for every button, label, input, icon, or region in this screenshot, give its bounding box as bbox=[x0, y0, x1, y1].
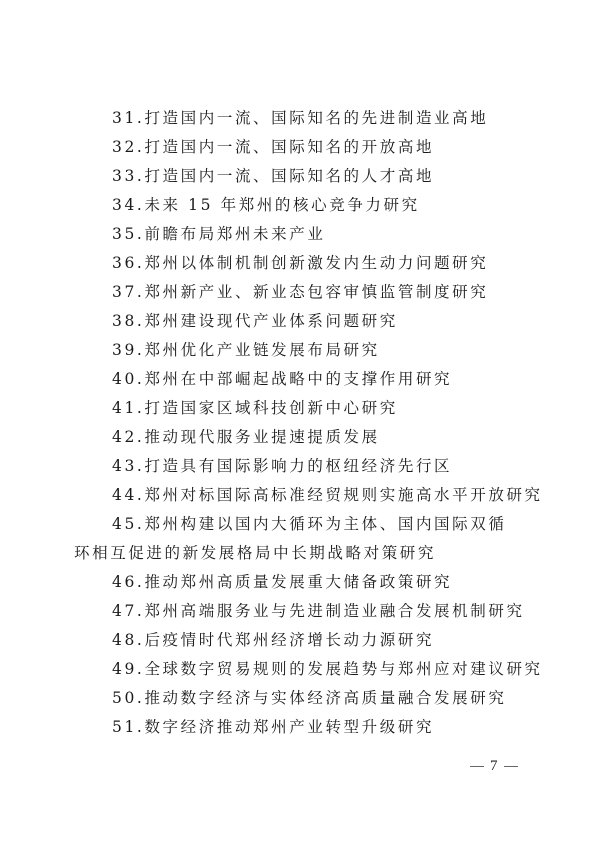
list-item: 47.郑州高端服务业与先进制造业融合发展机制研究 bbox=[74, 597, 524, 626]
list-item: 43.打造具有国际影响力的枢纽经济先行区 bbox=[74, 452, 524, 481]
list-item: 41.打造国家区域科技创新中心研究 bbox=[74, 394, 524, 423]
list-item: 45.郑州构建以国内大循环为主体、国内国际双循环相互促进的新发展格局中长期战略对… bbox=[74, 510, 522, 568]
list-item: 34.未来 15 年郑州的核心竞争力研究 bbox=[74, 191, 524, 220]
list-item: 42.推动现代服务业提速提质发展 bbox=[74, 423, 524, 452]
list-item: 37.郑州新产业、新业态包容审慎监管制度研究 bbox=[74, 278, 524, 307]
list-item: 36.郑州以体制机制创新激发内生动力问题研究 bbox=[74, 249, 524, 278]
page-number: 7 bbox=[490, 758, 498, 775]
list-item: 48.后疫情时代郑州经济增长动力源研究 bbox=[74, 626, 524, 655]
list-item: 51.数字经济推动郑州产业转型升级研究 bbox=[74, 713, 524, 742]
list-item: 38.郑州建设现代产业体系问题研究 bbox=[74, 307, 524, 336]
dash-left bbox=[470, 766, 484, 768]
list-item: 31.打造国内一流、国际知名的先进制造业高地 bbox=[74, 104, 524, 133]
list-item: 33.打造国内一流、国际知名的人才高地 bbox=[74, 162, 524, 191]
list-item: 39.郑州优化产业链发展布局研究 bbox=[74, 336, 524, 365]
list-item: 44.郑州对标国际高标准经贸规则实施高水平开放研究 bbox=[74, 481, 524, 510]
list-item: 50.推动数字经济与实体经济高质量融合发展研究 bbox=[74, 684, 524, 713]
list-item: 40.郑州在中部崛起战略中的支撑作用研究 bbox=[74, 365, 524, 394]
list-item: 49.全球数字贸易规则的发展趋势与郑州应对建议研究 bbox=[74, 655, 524, 684]
list-item: 46.推动郑州高质量发展重大储备政策研究 bbox=[74, 568, 524, 597]
list-item: 32.打造国内一流、国际知名的开放高地 bbox=[74, 133, 524, 162]
list-item: 35.前瞻布局郑州未来产业 bbox=[74, 220, 524, 249]
dash-right bbox=[504, 766, 518, 768]
page-footer: 7 bbox=[470, 758, 518, 775]
document-page: 31.打造国内一流、国际知名的先进制造业高地 32.打造国内一流、国际知名的开放… bbox=[0, 0, 600, 848]
research-topic-list: 31.打造国内一流、国际知名的先进制造业高地 32.打造国内一流、国际知名的开放… bbox=[74, 104, 524, 742]
